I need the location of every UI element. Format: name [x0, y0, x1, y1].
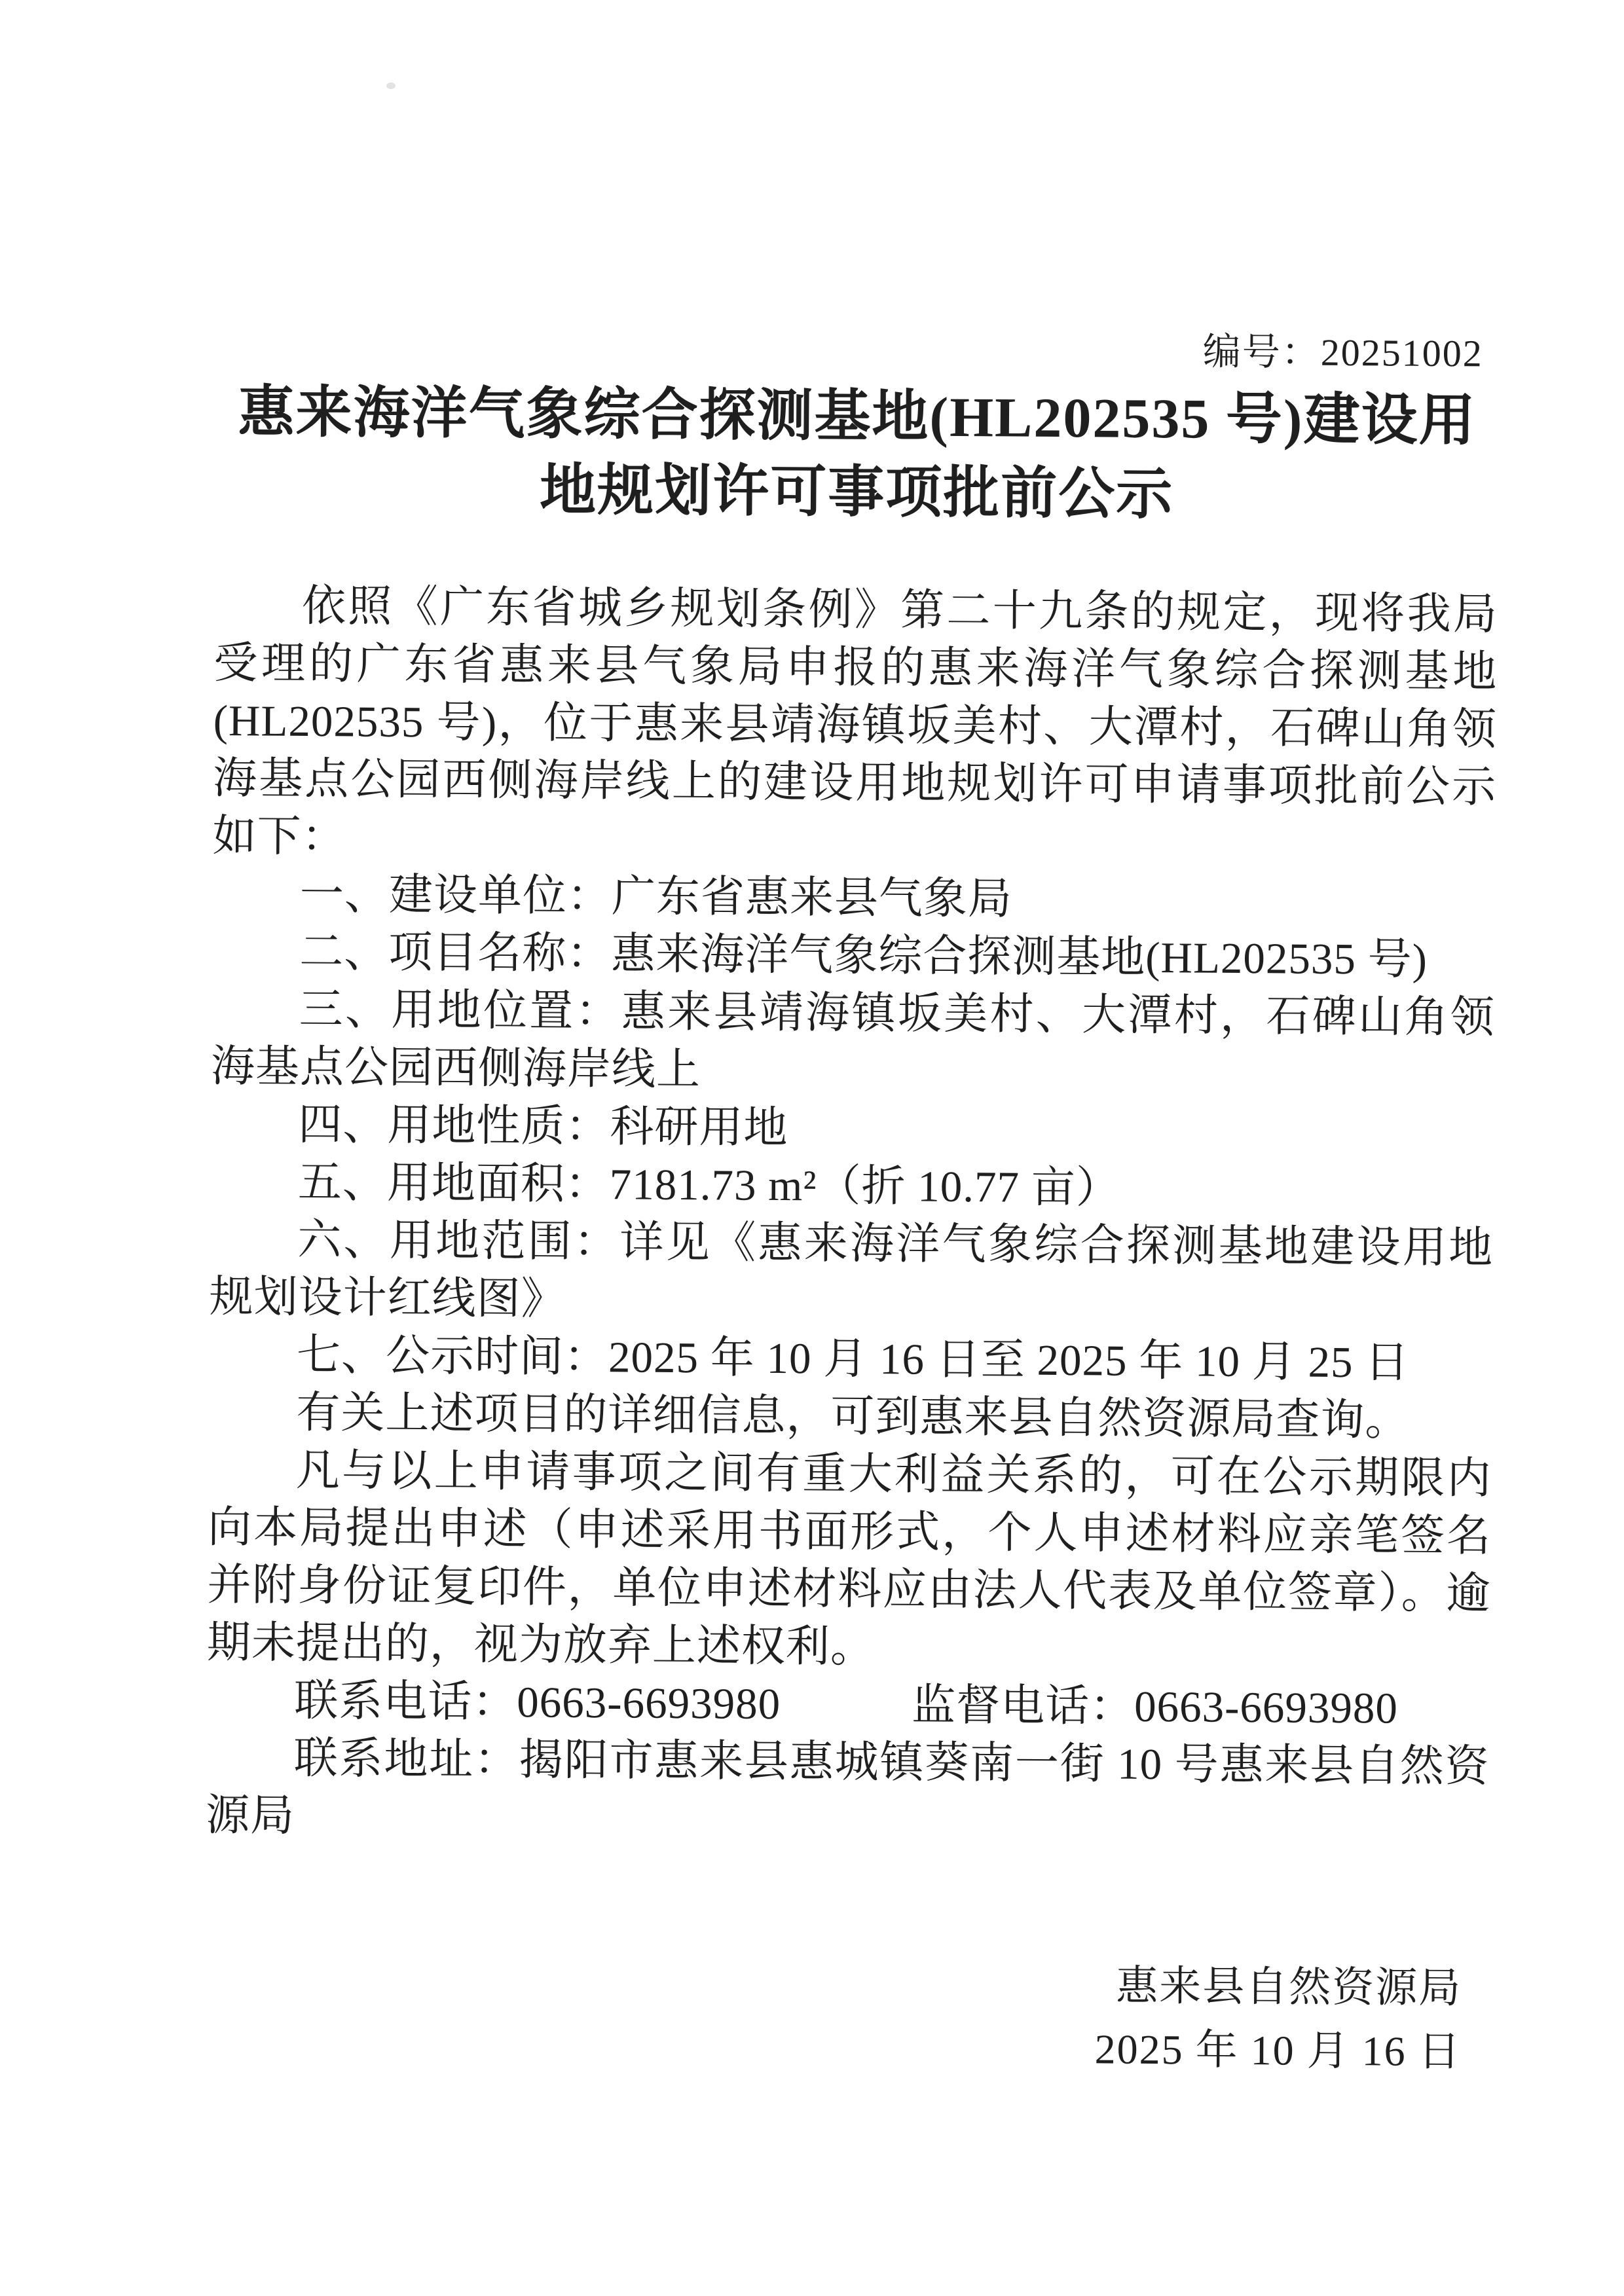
contact-phone: 联系电话：0663-6693980	[294, 1677, 781, 1728]
item-land-scope: 六、用地范围：详见《惠来海洋气象综合探测基地建设用地规划设计红线图》	[209, 1211, 1493, 1335]
document-content: 编号：20251002 惠来海洋气象综合探测基地(HL202535 号)建设用 …	[204, 324, 1500, 2084]
title-line-1: 惠来海洋气象综合探测基地(HL202535 号)建设用	[215, 374, 1500, 459]
item-publicity-period: 七、公示时间：2025 年 10 月 16 日至 2025 年 10 月 25 …	[209, 1326, 1493, 1393]
document-body: 依照《广东省城乡规划条例》第二十九条的规定，现将我局受理的广东省惠来县气象局申报…	[204, 577, 1498, 2084]
contact-phone-label: 联系电话：	[294, 1677, 517, 1726]
objection-note: 凡与以上申请事项之间有重大利益关系的，可在公示期限内向本局提出申述（申述采用书面…	[207, 1441, 1492, 1681]
item-project-name: 二、项目名称：惠来海洋气象综合探测基地(HL202535 号)	[212, 922, 1496, 989]
document-page: 编号：20251002 惠来海洋气象综合探测基地(HL202535 号)建设用 …	[0, 0, 1624, 2296]
intro-paragraph: 依照《广东省城乡规划条例》第二十九条的规定，现将我局受理的广东省惠来县气象局申报…	[212, 577, 1498, 874]
supervision-phone-label: 监督电话：	[912, 1681, 1135, 1730]
title-line-2: 地规划许可事项批前公示	[215, 450, 1499, 535]
item-construction-unit: 一、建设单位：广东省惠来县气象局	[212, 865, 1496, 932]
contact-phone-row: 联系电话：0663-6693980监督电话：0663-6693980	[206, 1671, 1490, 1738]
item-land-area: 五、用地面积：7181.73 m²（折 10.77 亩）	[210, 1153, 1494, 1220]
document-title: 惠来海洋气象综合探测基地(HL202535 号)建设用 地规划许可事项批前公示	[215, 374, 1500, 535]
doc-number: 编号：20251002	[216, 324, 1500, 375]
scan-artifact	[386, 82, 396, 89]
item-land-location: 三、用地位置：惠来县靖海镇坂美村、大潭村，石碑山角领海基点公园西侧海岸线上	[211, 980, 1495, 1104]
signature-date: 2025 年 10 月 16 日	[204, 2011, 1462, 2083]
contact-address: 联系地址：揭阳市惠来县惠城镇葵南一街 10 号惠来县自然资源局	[206, 1729, 1490, 1853]
supervision-phone: 监督电话：0663-6693980	[912, 1681, 1398, 1732]
contact-phone-number: 0663-6693980	[517, 1678, 781, 1728]
signature-block: 惠来县自然资源局 2025 年 10 月 16 日	[204, 1948, 1488, 2084]
supervision-phone-number: 0663-6693980	[1134, 1683, 1398, 1733]
item-land-use-type: 四、用地性质：科研用地	[210, 1095, 1494, 1162]
info-note: 有关上述项目的详细信息，可到惠来县自然资源局查询。	[208, 1383, 1492, 1450]
signature-org: 惠来县自然资源局	[204, 1948, 1462, 2020]
